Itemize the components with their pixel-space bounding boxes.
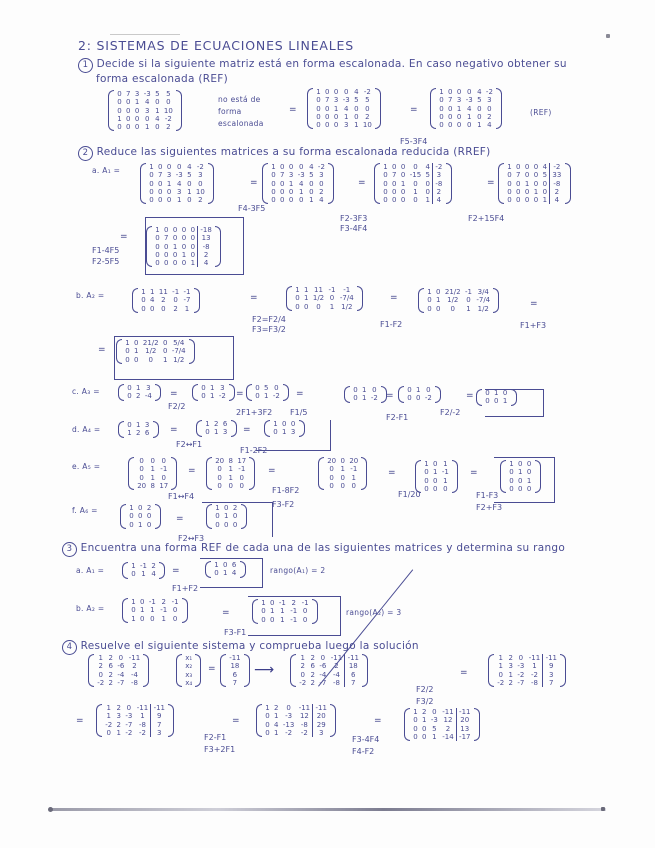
matrix-entry: -4 [143, 392, 154, 400]
matrix-entry: 12 [440, 716, 456, 724]
matrix-entry: 1 [422, 460, 431, 468]
matrix-entry: 5 [185, 171, 194, 179]
matrix-entry: 0 [278, 180, 287, 188]
matrix-entry: 0 [138, 598, 147, 606]
bracket-left [146, 226, 152, 267]
matrix-entry: -1 [235, 465, 248, 473]
matrix-row: 0003110 [147, 188, 207, 196]
matrix-entry: 0 [136, 512, 145, 520]
matrix-row: 10-12-1 [129, 598, 181, 606]
matrix-row: 001400 [314, 105, 374, 113]
matrix-entry: 8 [226, 457, 235, 465]
matrix-row: 02-4-4 [95, 671, 142, 679]
bracket-left [318, 457, 324, 490]
matrix-entry: 0 [423, 180, 432, 188]
matrix-entry: 0 [213, 512, 222, 520]
matrix-entry: 0 [532, 171, 541, 179]
matrix-entry: 0 [463, 296, 474, 304]
matrix-entry: 0 [278, 163, 287, 171]
matrix-entry: 9 [151, 712, 167, 720]
matrix-entry: 7 [162, 234, 171, 242]
matrix-entry: 0 [405, 386, 414, 394]
equals-sign: = [222, 608, 230, 618]
matrix-entry: -11 [227, 654, 243, 662]
matrix-row: 13-319 [495, 662, 559, 670]
matrix-entry: 0 [259, 607, 268, 615]
row-operation: F2/2 [168, 402, 185, 411]
matrix-entry: 0 [540, 180, 549, 188]
equals-sign: = [232, 716, 240, 726]
exercise-1-prompt: 1 Decide si la siguiente matriz está en … [78, 58, 567, 73]
matrix-row: 120-11-11 [411, 708, 473, 716]
matrix-entry: -2 [135, 729, 151, 737]
matrix-row: 073-353 [269, 171, 327, 179]
matrix-entry: x₁ [183, 654, 194, 662]
matrix-entry: 4 [296, 180, 307, 188]
matrix-entry: 1 [414, 386, 423, 394]
matrix-entry: 0 [125, 421, 134, 429]
matrix-entry: 1 [532, 188, 541, 196]
matrix-row: 120-11-11 [103, 704, 167, 712]
matrix: 1-12014 [122, 562, 165, 579]
matrix-entry: 0 [124, 107, 133, 115]
matrix-entry: 0 [347, 482, 360, 490]
matrix-entry: 0 [314, 105, 323, 113]
matrix-entry: 0 [171, 259, 180, 267]
matrix-entry: 1 [352, 121, 361, 129]
matrix-entry: -1 [157, 465, 170, 473]
matrix-entry: 1 [135, 712, 151, 720]
matrix-row: x₂ [183, 662, 194, 670]
matrix-row: 10004-2 [147, 163, 207, 171]
bracket-left [307, 88, 313, 129]
matrix-entry: -2 [271, 392, 282, 400]
equals-sign: = [388, 468, 396, 478]
matrix-entry: 0 [405, 394, 414, 402]
page-title: SISTEMAS DE ECUACIONES LINEALES [97, 38, 354, 53]
matrix-entry: 1 [287, 180, 296, 188]
bracket-right [474, 708, 480, 741]
matrix-entry: 3 [143, 384, 154, 392]
matrix-entry: 1 [501, 397, 510, 405]
matrix-entry: -14 [440, 733, 456, 741]
matrix-entry: 0 [253, 384, 262, 392]
part-label: d. A₄ = [72, 425, 100, 434]
matrix-entries: 2081701-1010000 [213, 457, 248, 490]
matrix-entry: 0 [147, 615, 158, 623]
matrix-entry: 1 [341, 113, 352, 121]
bracket-left [262, 163, 268, 204]
matrix-entry: 3 [506, 662, 515, 670]
matrix-entries: 126013 [203, 420, 230, 437]
matrix-entry: 0 [323, 88, 332, 96]
matrix-entry: 0 [125, 384, 134, 392]
matrix-entry: 0 [323, 105, 332, 113]
bracket-right [189, 339, 195, 364]
matrix-entry: 0 [115, 123, 124, 131]
matrix-entries: 10-12-1011-10001-10 [259, 599, 311, 624]
matrix-entry: -1 [440, 468, 451, 476]
exercise-4-prompt: 4 Resuelve el siguiente sistema y compru… [62, 640, 419, 655]
matrix-row: 02-4 [125, 392, 154, 400]
matrix-entry: -7/4 [474, 296, 492, 304]
matrix-entries: 013126 [125, 421, 152, 438]
matrix-entry: 5/4 [170, 339, 188, 347]
matrix-entry: 0 [153, 123, 162, 131]
bracket-right [565, 163, 571, 204]
matrix-entry: 1 [181, 305, 192, 313]
matrix-entry: -8 [550, 180, 564, 188]
matrix-row: 010 [351, 386, 380, 394]
bracket-right [195, 654, 201, 687]
bracket-left [88, 654, 94, 687]
matrix-entry: 1 [360, 394, 369, 402]
matrix-entry: 4 [316, 196, 327, 204]
matrix-entry: 0 [525, 460, 534, 468]
matrix-entry: 1 [399, 180, 408, 188]
matrix-entry: -1 [288, 607, 299, 615]
matrix-entry: 2 [134, 392, 143, 400]
bracket-right [249, 457, 255, 490]
matrix-row: 106 [212, 561, 239, 569]
matrix-entry: 20 [456, 716, 472, 724]
matrix-entry: 2 [506, 654, 515, 662]
equals-sign: = [470, 468, 478, 478]
matrix-entry: 0 [259, 616, 268, 624]
matrix-entry: 0 [429, 708, 440, 716]
row-operation: F3-F1 [224, 628, 246, 637]
matrix-entry: 0 [129, 606, 138, 614]
matrix-entry: -3 [296, 171, 307, 179]
matrix-entry: 0 [157, 305, 170, 313]
row-operations: F2/2F3/2 [416, 684, 433, 708]
matrix-entry: 1 [123, 339, 132, 347]
matrix-entry: -2 [369, 394, 380, 402]
matrix-row: 01-1 [135, 465, 170, 473]
bracket-left [176, 654, 182, 687]
bracket-left [398, 386, 404, 403]
bracket-right [171, 457, 177, 490]
matrix-entry: 0 [133, 115, 142, 123]
matrix-row: 00100-8 [153, 243, 214, 251]
matrix: 10004-2073-3550014000001020003110 [307, 88, 381, 129]
augmented-matrix: 10004-2070053300100-8000102000014 [498, 163, 571, 204]
matrix-entry: 2 [134, 429, 143, 437]
matrix-row: 001400 [115, 98, 175, 106]
matrix-row: 0003110 [314, 121, 374, 129]
matrix-row: 073-355 [314, 96, 374, 104]
matrix-row: 120-11-11 [297, 654, 361, 662]
matrix-row: 013 [199, 384, 228, 392]
matrix-entry: 0 [399, 163, 408, 171]
matrix-entry: 0 [495, 671, 506, 679]
matrix-entry: 0 [523, 196, 532, 204]
bracket-left [246, 384, 252, 401]
matrix-entry: 5 [262, 384, 271, 392]
matrix-entry: 0 [483, 397, 492, 405]
matrix-entry: 9 [543, 662, 559, 670]
bracket-right [361, 457, 367, 490]
matrix-row: 013 [271, 428, 298, 436]
matrix-entry: 1 [212, 561, 221, 569]
matrix-entry: 0 [180, 259, 189, 267]
matrix-entry: 3 [484, 96, 495, 104]
matrix-row: 000014 [269, 196, 327, 204]
matrix-entry: 1 [142, 123, 153, 131]
matrix-row: 7 [227, 679, 243, 687]
bracket-left [120, 504, 126, 529]
matrix-entry: 1 [129, 598, 138, 606]
bracket-left [192, 384, 198, 401]
matrix-entry: 1 [296, 188, 307, 196]
bracket-right [159, 562, 165, 579]
matrix-entry: 0 [271, 428, 280, 436]
matrix-row: 000102 [437, 113, 495, 121]
bracket-left [344, 386, 350, 403]
matrix-row: 120-11-11 [263, 704, 329, 712]
matrix-entry: 0 [352, 113, 361, 121]
matrix-entry: 0 [420, 733, 429, 741]
matrix-entry: 0 [231, 521, 240, 529]
matrix-entry: -8 [135, 721, 151, 729]
matrix-entry: 0 [446, 88, 455, 96]
bracket-left [122, 562, 128, 579]
matrix-entry: 1 [153, 226, 162, 234]
matrix-row: 01-2-23 [263, 729, 329, 737]
matrix-entry: 1 [188, 259, 197, 267]
matrix-row: 00011/2 [123, 356, 188, 364]
matrix: 013126 [118, 421, 159, 438]
matrix-entry: 17 [157, 482, 170, 490]
matrix-entry: 1 [302, 294, 311, 302]
matrix-entry: -7/4 [170, 347, 188, 355]
matrix: 126013 [196, 420, 237, 437]
matrix-entry: 7 [151, 721, 167, 729]
matrix-entry: 1 [148, 474, 157, 482]
equals-sign: = [289, 105, 297, 115]
matrix-entry: 3 [142, 107, 153, 115]
matrix-entry: 0 [507, 468, 516, 476]
matrix-entry: 0 [139, 305, 148, 313]
matrix-entry: 0 [132, 356, 141, 364]
matrix-entry: 0 [455, 121, 464, 129]
equals-sign: = [530, 299, 538, 309]
matrix-entry: 0 [325, 474, 338, 482]
matrix-entries: 00001-101020817 [135, 457, 170, 490]
matrix-entry: 0 [133, 123, 142, 131]
bracket-left [206, 504, 212, 529]
matrix-entry: 3 [332, 96, 341, 104]
bracket-right [535, 460, 541, 493]
matrix-row: 000102 [381, 188, 445, 196]
matrix-entries: -111867 [227, 654, 243, 687]
matrix-entry: 0 [437, 105, 446, 113]
matrix: 01000-2 [398, 386, 441, 403]
matrix-entry: 1 [208, 392, 217, 400]
matrix-entry: -7 [115, 679, 126, 687]
matrix-entry: 0 [147, 180, 156, 188]
matrix-entry: 0 [317, 654, 328, 662]
row-operations: F2=F2/4F3=F3/2 [252, 315, 286, 335]
matrix-entry: 5 [423, 171, 432, 179]
matrix-entry: 0 [127, 521, 136, 529]
bracket-right [168, 704, 174, 737]
matrix-row: 001400 [269, 180, 327, 188]
part-label: a. A₁ = [92, 166, 120, 175]
matrix: 102000010 [120, 504, 161, 529]
matrix-entry: 0 [314, 113, 323, 121]
matrix-entry: 0 [414, 394, 423, 402]
result-matrix: 1021/205/4011/20-7/400011/2 [116, 339, 195, 364]
result-matrix: 102010000 [206, 504, 247, 529]
matrix-entry: 1 [420, 716, 429, 724]
matrix-entry: 4 [272, 721, 281, 729]
row-operations: F2-F1F3+2F1 [204, 732, 235, 756]
matrix-entry: 1 [495, 662, 506, 670]
bracket-left [498, 163, 504, 204]
matrix-entries: 10004-2070-155300100-8000102000014 [381, 163, 445, 204]
equals-sign: = [98, 345, 106, 355]
matrix-entry: 0 [145, 512, 154, 520]
matrix-row: 1021/205/4 [123, 339, 188, 347]
matrix-entry: -7 [515, 679, 526, 687]
matrix-entry: 33 [550, 171, 564, 179]
matrix-entry: 0 [505, 196, 514, 204]
matrix-entry: -1 [169, 598, 180, 606]
matrix-row: 01-1 [422, 468, 451, 476]
matrix-entry: 0 [338, 482, 347, 490]
matrix-entry: 0 [165, 196, 174, 204]
matrix-entry: -4 [115, 671, 126, 679]
matrix-entry: 1 [307, 196, 316, 204]
matrix-entry: 4 [475, 88, 484, 96]
matrix-entry: -2 [433, 163, 445, 171]
matrix-entry: 0 [423, 386, 434, 394]
matrix-entry: 0 [338, 457, 347, 465]
matrix-entry: 0 [399, 196, 408, 204]
matrix-row: 001-10 [259, 616, 311, 624]
matrix-entries: 120-11-1113-31901-2-23-22-7-87 [495, 654, 559, 687]
matrix-entry: 0 [157, 474, 170, 482]
equals-sign: = [250, 293, 258, 303]
matrix-entry: 4 [352, 88, 361, 96]
bracket-left [205, 561, 211, 578]
matrix-row: 20020 [325, 457, 360, 465]
matrix-entry: 3 [133, 90, 142, 98]
row-operations: F2-3F3F3-4F4 [340, 214, 367, 234]
matrix-entry: 0 [103, 729, 114, 737]
matrix-entries: 10004-2073-353001400000102000014 [437, 88, 495, 129]
matrix-entries: 1111-1-10420-700021 [139, 288, 193, 313]
matrix-entry: -2 [361, 88, 374, 96]
matrix-entry: 0 [446, 113, 455, 121]
rank-result: rango(A₁) = 2 [270, 566, 326, 575]
matrix-entry: -2 [423, 394, 434, 402]
matrix-entry: 0 [381, 188, 390, 196]
matrix-entries: 102010000 [213, 504, 240, 529]
matrix-entry: 0 [311, 303, 327, 311]
matrix-entry: 0 [180, 243, 189, 251]
matrix-entry: 0 [325, 482, 338, 490]
matrix-entry: 0 [147, 171, 156, 179]
matrix-entry: 0 [269, 180, 278, 188]
matrix-entry: 1 [429, 733, 440, 741]
matrix: 00001-101020817 [128, 457, 177, 490]
matrix-entry: 0 [235, 474, 248, 482]
bracket-right [357, 286, 363, 311]
matrix-entry: 0 [157, 457, 170, 465]
matrix-row: 01-2 [351, 394, 380, 402]
matrix-entry: 1 [129, 615, 138, 623]
matrix-row: 010 [213, 512, 240, 520]
matrix-entry: 10 [162, 107, 175, 115]
matrix-entry: 1 [464, 113, 475, 121]
matrix-entry: 0 [188, 234, 197, 242]
matrix-entry: 0 [123, 704, 134, 712]
matrix-entries: 10101-1001000 [422, 460, 451, 493]
equals-sign: = [120, 232, 128, 242]
matrix-entry: 1 [293, 286, 302, 294]
matrix-entry: 3 [143, 421, 152, 429]
matrix-entry: 3 [151, 729, 167, 737]
matrix-entry: 0 [437, 113, 446, 121]
matrix-entry: 1 [213, 504, 222, 512]
matrix-entry: 1 [425, 288, 434, 296]
matrix-entry: -2 [217, 392, 228, 400]
matrix-row: 000014 [437, 121, 495, 129]
matrix-entry: -1 [326, 286, 337, 294]
matrix-entry: -8 [433, 180, 445, 188]
matrix-entry: -6 [115, 662, 126, 670]
matrix-entry: 0 [289, 420, 298, 428]
bracket-right [560, 654, 566, 687]
equals-sign: = [176, 514, 184, 524]
matrix-entry: 0 [408, 180, 424, 188]
matrix-entry: 5 [429, 725, 440, 733]
matrix-entry: 0 [165, 163, 174, 171]
page-bottom-edge [50, 808, 606, 811]
matrix-entry: 0 [162, 98, 175, 106]
matrix-entry: 0 [180, 234, 189, 242]
matrix-entry: 1 [280, 428, 289, 436]
equals-sign: = [390, 293, 398, 303]
matrix-entry: 0 [124, 115, 133, 123]
matrix-row: 000014 [153, 259, 214, 267]
matrix-entry: 0 [483, 389, 492, 397]
bracket-left [252, 599, 258, 624]
matrix-entry: 0 [142, 115, 153, 123]
matrix-entry: 1/2 [170, 356, 188, 364]
matrix-entry: 0 [351, 386, 360, 394]
matrix-entry: 0 [213, 521, 222, 529]
matrix-entry: -2 [103, 721, 114, 729]
matrix-entry: 3 [543, 671, 559, 679]
matrix-row: 0420-7 [139, 296, 193, 304]
matrix-row: x₄ [183, 679, 194, 687]
matrix-row: 1111-1-1 [139, 288, 193, 296]
matrix-row: 00021 [139, 305, 193, 313]
scanned-page: 2: SISTEMAS DE ECUACIONES LINEALES 1 Dec… [0, 0, 655, 848]
equals-sign: = [460, 668, 468, 678]
matrix-row: 000102 [153, 251, 214, 259]
bracket-left [476, 389, 482, 406]
matrix-entry: -3 [464, 96, 475, 104]
matrix-entry: 5 [475, 96, 484, 104]
bracket-left [116, 339, 122, 364]
bracket-left [220, 654, 226, 687]
matrix-entry: 1 [423, 196, 432, 204]
matrix-entry: 1 [103, 704, 114, 712]
